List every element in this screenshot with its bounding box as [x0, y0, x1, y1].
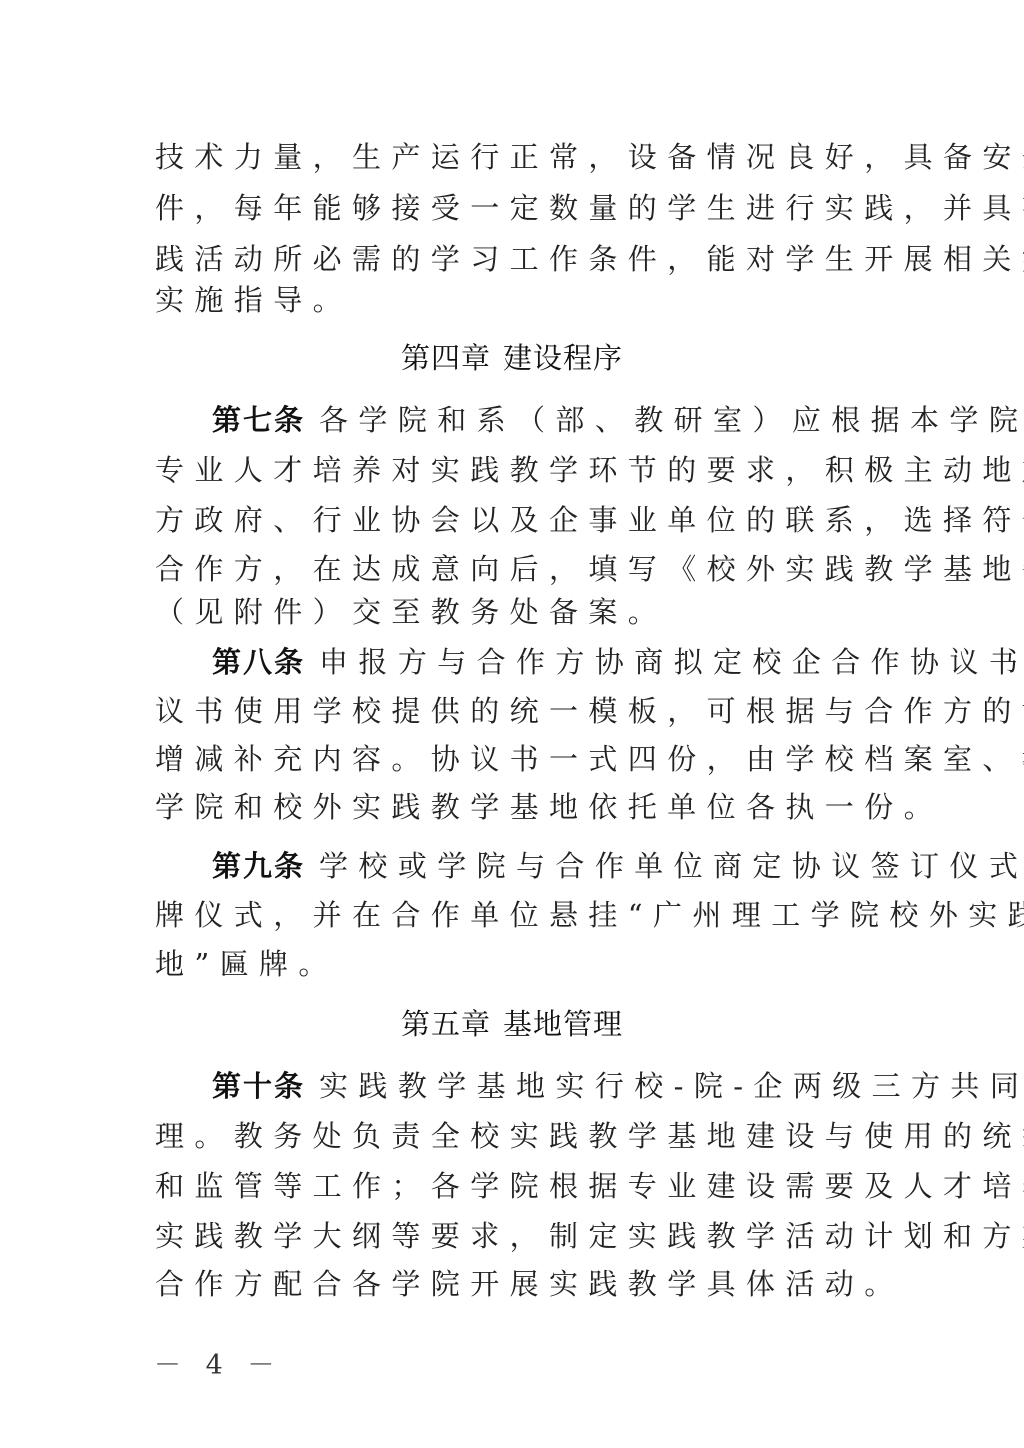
paragraph-line: 方政府、行业协会以及企事业单位的联系，选择符合条件的 [155, 500, 895, 540]
paragraph-line: 合作方，在达成意向后，填写《校外实践教学基地备案表》 [155, 549, 895, 589]
paragraph-line: （见附件）交至教务处备案。 [155, 592, 895, 632]
paragraph-line: 议书使用学校提供的统一模板，可根据与合作方的协商结果 [155, 691, 895, 731]
paragraph-line: 合作方配合各学院开展实践教学具体活动。 [155, 1264, 895, 1304]
article-text: 实践教学基地实行校-院-企两级三方共同管 [319, 1069, 1024, 1103]
article-text: 申报方与合作方协商拟定校企合作协议书。协 [319, 645, 1024, 679]
paragraph-line: 地”匾牌。 [155, 944, 895, 984]
paragraph-line: 践活动所必需的学习工作条件，能对学生开展相关实践活动 [155, 239, 895, 279]
chapter-number: 第五章 [401, 1007, 491, 1041]
paragraph-line: 件，每年能够接受一定数量的学生进行实践，并具有开展实 [155, 188, 895, 228]
paragraph-line: 实践教学大纲等要求，制定实践教学活动计划和方案；企业 [155, 1216, 895, 1256]
paragraph-line: 技术力量，生产运行正常，设备情况良好，具备安全生产条 [155, 137, 895, 177]
article-first-line: 第七条各学院和系（部、教研室）应根据本学院及本 [212, 400, 952, 440]
paragraph-line: 实施指导。 [155, 280, 895, 320]
chapter-title: 基地管理 [503, 1007, 623, 1041]
article-label: 第八条 [212, 645, 305, 679]
paragraph-line: 牌仪式，并在合作单位悬挂“广州理工学院校外实践教学基 [155, 895, 895, 935]
chapter-heading: 第五章基地管理 [0, 1004, 1024, 1044]
chapter-heading: 第四章建设程序 [0, 338, 1024, 378]
paragraph-line: 专业人才培养对实践教学环节的要求，积极主动地加强与地 [155, 450, 895, 490]
article-first-line: 第九条学校或学院与合作单位商定协议签订仪式及挂 [212, 846, 952, 886]
paragraph-line: 理。教务处负责全校实践教学基地建设与使用的统筹、协调 [155, 1116, 895, 1156]
article-first-line: 第八条申报方与合作方协商拟定校企合作协议书。协 [212, 642, 952, 682]
article-label: 第九条 [212, 849, 305, 883]
chapter-title: 建设程序 [503, 341, 623, 375]
article-text: 学校或学院与合作单位商定协议签订仪式及挂 [319, 849, 1024, 883]
page-number: － 4 － [154, 1348, 282, 1384]
article-label: 第七条 [212, 403, 305, 437]
paragraph-line: 学院和校外实践教学基地依托单位各执一份。 [155, 787, 895, 827]
article-text: 各学院和系（部、教研室）应根据本学院及本 [319, 403, 1024, 437]
article-label: 第十条 [212, 1069, 305, 1103]
article-first-line: 第十条实践教学基地实行校-院-企两级三方共同管 [212, 1066, 952, 1106]
chapter-number: 第四章 [401, 341, 491, 375]
paragraph-line: 和监管等工作；各学院根据专业建设需要及人才培养方案、 [155, 1166, 895, 1206]
document-page: 技术力量，生产运行正常，设备情况良好，具备安全生产条 件，每年能够接受一定数量的… [0, 0, 1024, 1448]
paragraph-line: 增减补充内容。协议书一式四份，由学校档案室、教务处、 [155, 739, 895, 779]
